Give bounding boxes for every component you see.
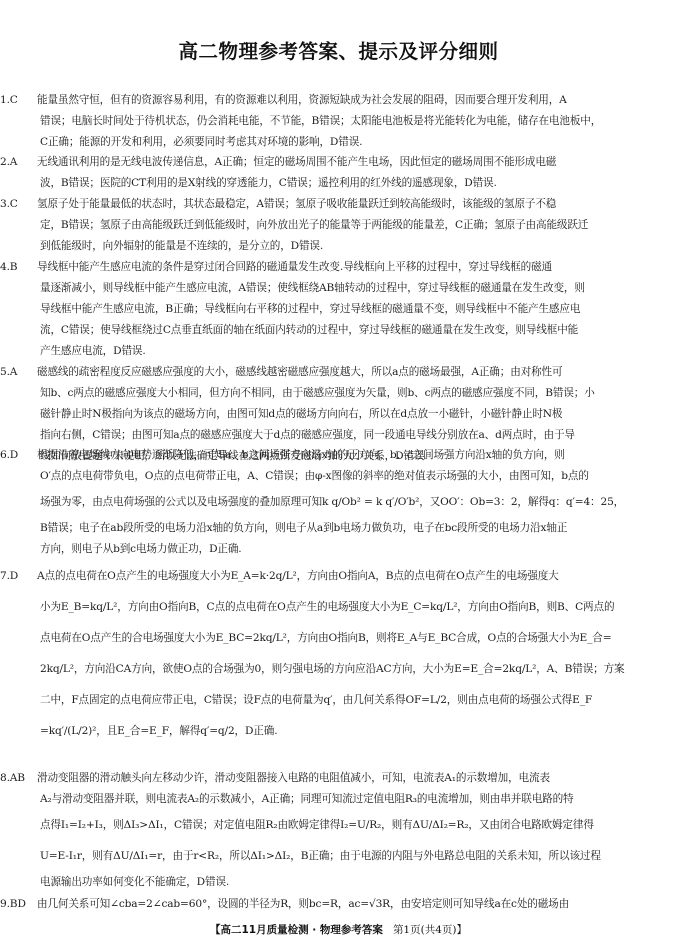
answer-text-formula: 二中，F点固定的点电荷应带正电，C错误；设F点的电荷量为q′，由几何关系得OF=… (26, 685, 660, 716)
answer-text: 定，B错误；氢原子由高能级跃迁到低能级时，向外放出光子的能量等于两能级的能量差，… (26, 215, 660, 236)
answer-text: 方向，则电子从b到c电场力做正功，D正确. (26, 539, 660, 560)
answer-text: 氢原子处于能量最低的状态时，其状态最稳定，A错误；氢原子吸收能量跃迁到较高能级时… (37, 198, 556, 210)
answer-text-formula: 小为E_B=kq/L²，方向由O指向B，C点的点电荷在O点产生的电场强度大小为E… (26, 592, 660, 623)
answer-text-formula: =kq′/(L/2)²，且E_合=E_F，解得q′=q/2，D正确. (26, 716, 660, 747)
answer-text: B错误；电子在ab段所受的电场力沿x轴的负方向，则电子从a到b电场力做负功，电子… (26, 518, 660, 539)
answer-number: 5.A (0, 362, 37, 383)
answer-text: 量逐渐减小，则导线框中能产生感应电流，A错误；使线框绕AB轴转动的过程中，穿过导… (26, 278, 660, 299)
answer-item-3: 3.C氢原子处于能量最低的状态时，其状态最稳定，A错误；氢原子吸收能量跃迁到较高… (26, 194, 660, 257)
answer-text-formula: 点得I₁=I₂+I₃，则ΔI₃>ΔI₁，C错误；对定值电阻R₂由欧姆定律得I₂=… (26, 810, 660, 841)
page-title: 高二物理参考答案、提示及评分细则 (0, 36, 677, 64)
answer-text: 知b、c两点的磁感应强度大小相同，但方向不相同，由于磁感应强度为矢量，则b、c两… (26, 383, 660, 404)
answer-text: 磁针静止时N极指向为该点的磁场方向，由图可知d点的磁场方向向右，所以在d点放一小… (26, 404, 660, 425)
answer-text: O′点的点电荷带负电，O点的点电荷带正电，A、C错误；由φ-x图像的斜率的绝对值… (26, 466, 660, 487)
answer-item-1: 1.C能量虽然守恒，但有的资源容易利用，有的资源难以利用，资源短缺成为社会发展的… (26, 90, 660, 153)
footer-page-number: 第1页(共4页)】 (393, 924, 467, 936)
answer-text: 磁感线的疏密程度反应磁感应强度的大小，磁感线越密磁感应强度越大，所以a点的磁场最… (37, 366, 562, 378)
answer-item-8: 8.AB滑动变阻器的滑动触头向左移动少许，滑动变阻器接入电路的电阻值减小，可知，… (26, 768, 660, 893)
answer-key-page: 高二物理参考答案、提示及评分细则 1.C能量虽然守恒，但有的资源容易利用，有的资… (0, 0, 677, 949)
answer-text: 流，C错误；使导线框绕过C点垂直纸面的轴在纸面内转动的过程中，穿过导线框的磁通量… (26, 320, 660, 341)
answer-text-formula: 2kq/L²，方向沿CA方向，欲使O点的合场强为0，则匀强电场的方向应沿AC方向… (26, 654, 660, 685)
answer-text: 滑动变阻器的滑动触头向左移动少许，滑动变阻器接入电路的电阻值减小，可知，电流表A… (37, 772, 550, 784)
answer-number: 9.BD (0, 894, 37, 915)
answer-number: 3.C (0, 194, 37, 215)
answer-text: 导线框中能产生感应电流的条件是穿过闭合回路的磁通量发生改变.导线框向上平移的过程… (37, 261, 552, 273)
answer-item-9: 9.BD由几何关系可知∠cba=2∠cab=60°，设圆的半径为R，则bc=R，… (26, 894, 660, 915)
answer-text: 到低能级时，向外辐射的能量是不连续的，是分立的，D错误. (26, 236, 660, 257)
answer-text: 波，B错误；医院的CT利用的是X射线的穿透能力，C错误；遥控利用的红外线的遥感现… (26, 173, 660, 194)
answer-text: A₂与滑动变阻器并联，则电流表A₂的示数减小，A正确；同理可知流过定值电阻R₃的… (26, 789, 660, 810)
answer-text-formula: A点的点电荷在O点产生的电场强度大小为E_A=k·2q/L²，方向由O指向A，B… (37, 570, 559, 582)
answer-number: 7.D (0, 561, 37, 592)
page-footer: 【高二11月质量检测 · 物理参考答案 第1页(共4页)】 (0, 922, 677, 937)
answer-text: 导线框中能产生感应电流，B正确；导线框向右平移的过程中，穿过导线框的磁通量不变，… (26, 299, 660, 320)
answer-text: 根据沿着电场线方向电势逐渐降低，可知a、b之间场强方向沿x轴的正方向，b、c之间… (37, 449, 565, 461)
answer-item-4: 4.B导线框中能产生感应电流的条件是穿过闭合回路的磁通量发生改变.导线框向上平移… (26, 257, 660, 362)
answer-text: 错误；电脑长时间处于待机状态，仍会消耗电能，不节能，B错误；太阳能电池板是将光能… (26, 111, 660, 132)
answer-text: 无线通讯利用的是无线电波传递信息，A正确；恒定的磁场周围不能产生电场，因此恒定的… (37, 156, 556, 168)
answer-text: 指向右侧，C错误；由图可知a点的磁感应强度大于d点的磁感应强度，同一段通电导线分… (26, 425, 660, 446)
answer-number: 6.D (0, 445, 37, 466)
answer-text: 由几何关系可知∠cba=2∠cab=60°，设圆的半径为R，则bc=R，ac=√… (37, 898, 569, 910)
answer-text-formula: 场强为零，由点电荷场强的公式以及电场强度的叠加原理可知k q/Ob² = k q… (26, 487, 660, 518)
answer-number: 8.AB (0, 768, 37, 789)
answer-text: 能量虽然守恒，但有的资源容易利用，有的资源难以利用，资源短缺成为社会发展的阻碍，… (37, 94, 567, 106)
answer-text-formula: U=E-I₁r，则有ΔU/ΔI₁=r，由于r<R₂，所以ΔI₁>ΔI₂，B正确；… (26, 841, 660, 872)
answer-item-7: 7.DA点的点电荷在O点产生的电场强度大小为E_A=k·2q/L²，方向由O指向… (26, 561, 660, 747)
answer-item-2: 2.A无线通讯利用的是无线电波传递信息，A正确；恒定的磁场周围不能产生电场，因此… (26, 152, 660, 194)
answer-item-6: 6.D根据沿着电场线方向电势逐渐降低，可知a、b之间场强方向沿x轴的正方向，b、… (26, 445, 660, 560)
answer-number: 1.C (0, 90, 37, 111)
answer-text: C正确；能源的开发和利用，必须要同时考虑其对环境的影响，D错误. (26, 132, 660, 153)
answer-text-formula: 点电荷在O点产生的合电场强度大小为E_BC=2kq/L²，方向由O指向B，则将E… (26, 623, 660, 654)
footer-exam-label: 【高二11月质量检测 · 物理参考答案 (210, 924, 383, 936)
answer-number: 4.B (0, 257, 37, 278)
answer-text: 产生感应电流，D错误. (26, 341, 660, 362)
answer-number: 2.A (0, 152, 37, 173)
answer-text: 电源输出功率如何变化不能确定，D错误. (26, 872, 660, 893)
